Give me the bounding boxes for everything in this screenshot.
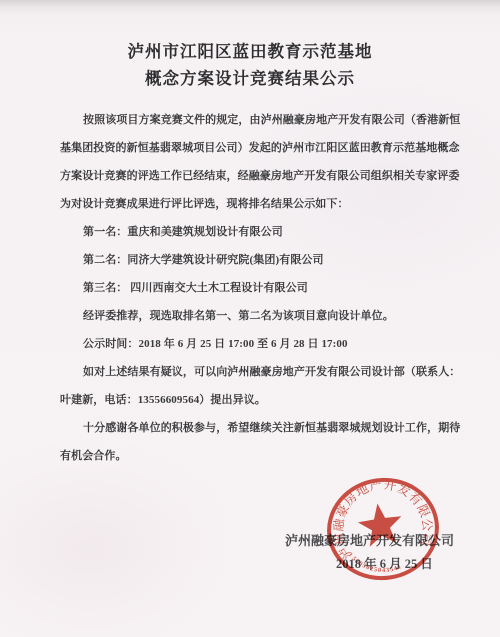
announcement-document: 泸州市江阳区蓝田教育示范基地 概念方案设计竞赛结果公示 按照该项目方案竞赛文件的…	[0, 0, 500, 637]
body-line: 如对上述结果有疑议，可以向泸州融豪房地产开发有限公司设计部（联系人：	[60, 358, 462, 386]
body-line: 十分感谢各单位的积极参与，希望继续关注新恒基翡翠城规划设计工作，期待	[60, 414, 462, 442]
star-icon	[356, 500, 405, 547]
rank-line-third: 第三名： 四川西南交大土木工程设计有限公司	[60, 274, 462, 302]
company-seal-stamp: 泸州融豪房地产开发有限公司 5105025043541	[321, 473, 445, 591]
contact-line: 叶建新，电话：13556609564）提出异议。	[60, 386, 462, 414]
rank-line-first: 第一名：重庆和美建筑规划设计有限公司	[60, 218, 462, 246]
publicity-period-line: 公示时间：2018 年 6 月 25 日 17:00 至 6 月 28 日 17…	[60, 330, 462, 358]
title-line-1: 泸州市江阳区蓝田教育示范基地	[0, 38, 500, 65]
body-line: 经评委推荐，现选取排名第一、第二名为该项目意向设计单位。	[60, 302, 462, 330]
body-line: 按照该项目方案竞赛文件的规定，由泸州融豪房地产开发有限公司（香港新恒	[60, 106, 462, 134]
body-line: 基集团投资的新恒基翡翠城项目公司）发起的泸州市江阳区蓝田教育示范基地概念	[60, 134, 462, 162]
body-line: 方案设计竞赛的评选工作已经结束，经融豪房地产开发有限公司组织相关专家评委	[60, 162, 462, 190]
rank-line-second: 第二名：同济大学建筑设计研究院(集团)有限公司	[60, 246, 462, 274]
body-line: 为对设计竞赛成果进行评比评选，现将排名结果公示如下：	[60, 190, 462, 218]
title-line-2: 概念方案设计竞赛结果公示	[0, 65, 500, 92]
body-line: 有机会合作。	[60, 442, 462, 470]
page-title: 泸州市江阳区蓝田教育示范基地 概念方案设计竞赛结果公示	[0, 38, 500, 92]
body-text: 按照该项目方案竞赛文件的规定，由泸州融豪房地产开发有限公司（香港新恒 基集团投资…	[60, 106, 462, 470]
